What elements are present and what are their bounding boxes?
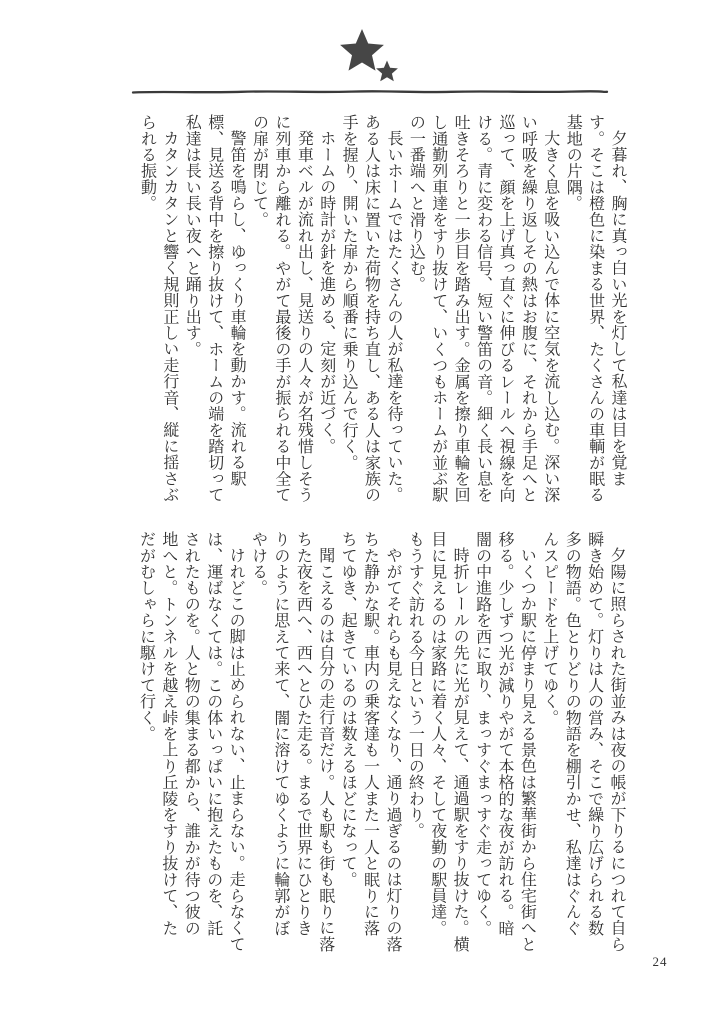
small-star-icon bbox=[376, 61, 398, 82]
story-text-block-bottom: 夕陽に照らされた街並みは夜の帳が下りるにつれて自ら瞬き始めて。灯りは人の営み、そ… bbox=[134, 531, 627, 952]
page-number: 24 bbox=[648, 954, 672, 970]
paragraph: 夕暮れ、胸に真っ白い光を灯して私達は目を覚ます。そこは橙色に染まる世界、たくさん… bbox=[561, 114, 628, 518]
paragraph: いくつか駅に停まり見える景色は繁華街から住宅街へと移る。少しずつ光が減りやがて本… bbox=[470, 531, 537, 952]
paragraph: 長いホームではたくさんの人が私達を待っていた。ある人は床に置いた荷物を持ち直し、… bbox=[337, 114, 404, 518]
paragraph: 警笛を鳴らし、ゆっくり車輪を動かす。流れる駅標、見送る背中を擦り抜けて、ホームの… bbox=[180, 114, 247, 518]
divider-line bbox=[131, 86, 609, 98]
large-star-icon bbox=[340, 29, 384, 71]
paragraph: やがてそれらも見えなくなり、通り過ぎるのは灯りの落ちた静かな駅。車内の乗客達も一… bbox=[336, 531, 403, 952]
paragraph: 聞こえるのは自分の走行音だけ。人も駅も街も眠りに落ちた夜を西へ、西へとひた走る。… bbox=[246, 531, 336, 952]
star-ornament bbox=[330, 24, 410, 88]
paragraph: ホームの時計が針を進める、定刻が近づく。 bbox=[314, 114, 336, 518]
paragraph: 時折レールの先に光が見えて、通過駅をすり抜けた。横目に見えるのは家路に着く人々、… bbox=[403, 531, 470, 952]
paragraph: 夕陽に照らされた街並みは夜の帳が下りるにつれて自ら瞬き始めて。灯りは人の営み、そ… bbox=[537, 531, 627, 952]
paragraph: 大きく息を吸い込んで体に空気を流し込む。深い深い呼吸を繰り返しその熱はお腹に、そ… bbox=[404, 114, 561, 518]
paragraph: カタンカタンと響く規則正しい走行音、縦に揺さぶられる振動。 bbox=[135, 114, 180, 518]
paragraph: 発車ベルが流れ出し、見送りの人々が名残惜しそうに列車から離れる。やがて最後の手が… bbox=[247, 114, 314, 518]
paragraph: けれどこの脚は止められない、止まらない。走らなくては、運ばなくては。この体いっぱ… bbox=[134, 531, 246, 952]
story-text-block-top: 夕暮れ、胸に真っ白い光を灯して私達は目を覚ます。そこは橙色に染まる世界、たくさん… bbox=[135, 114, 628, 518]
page: 夕暮れ、胸に真っ白い光を灯して私達は目を覚ます。そこは橙色に染まる世界、たくさん… bbox=[0, 0, 722, 1024]
